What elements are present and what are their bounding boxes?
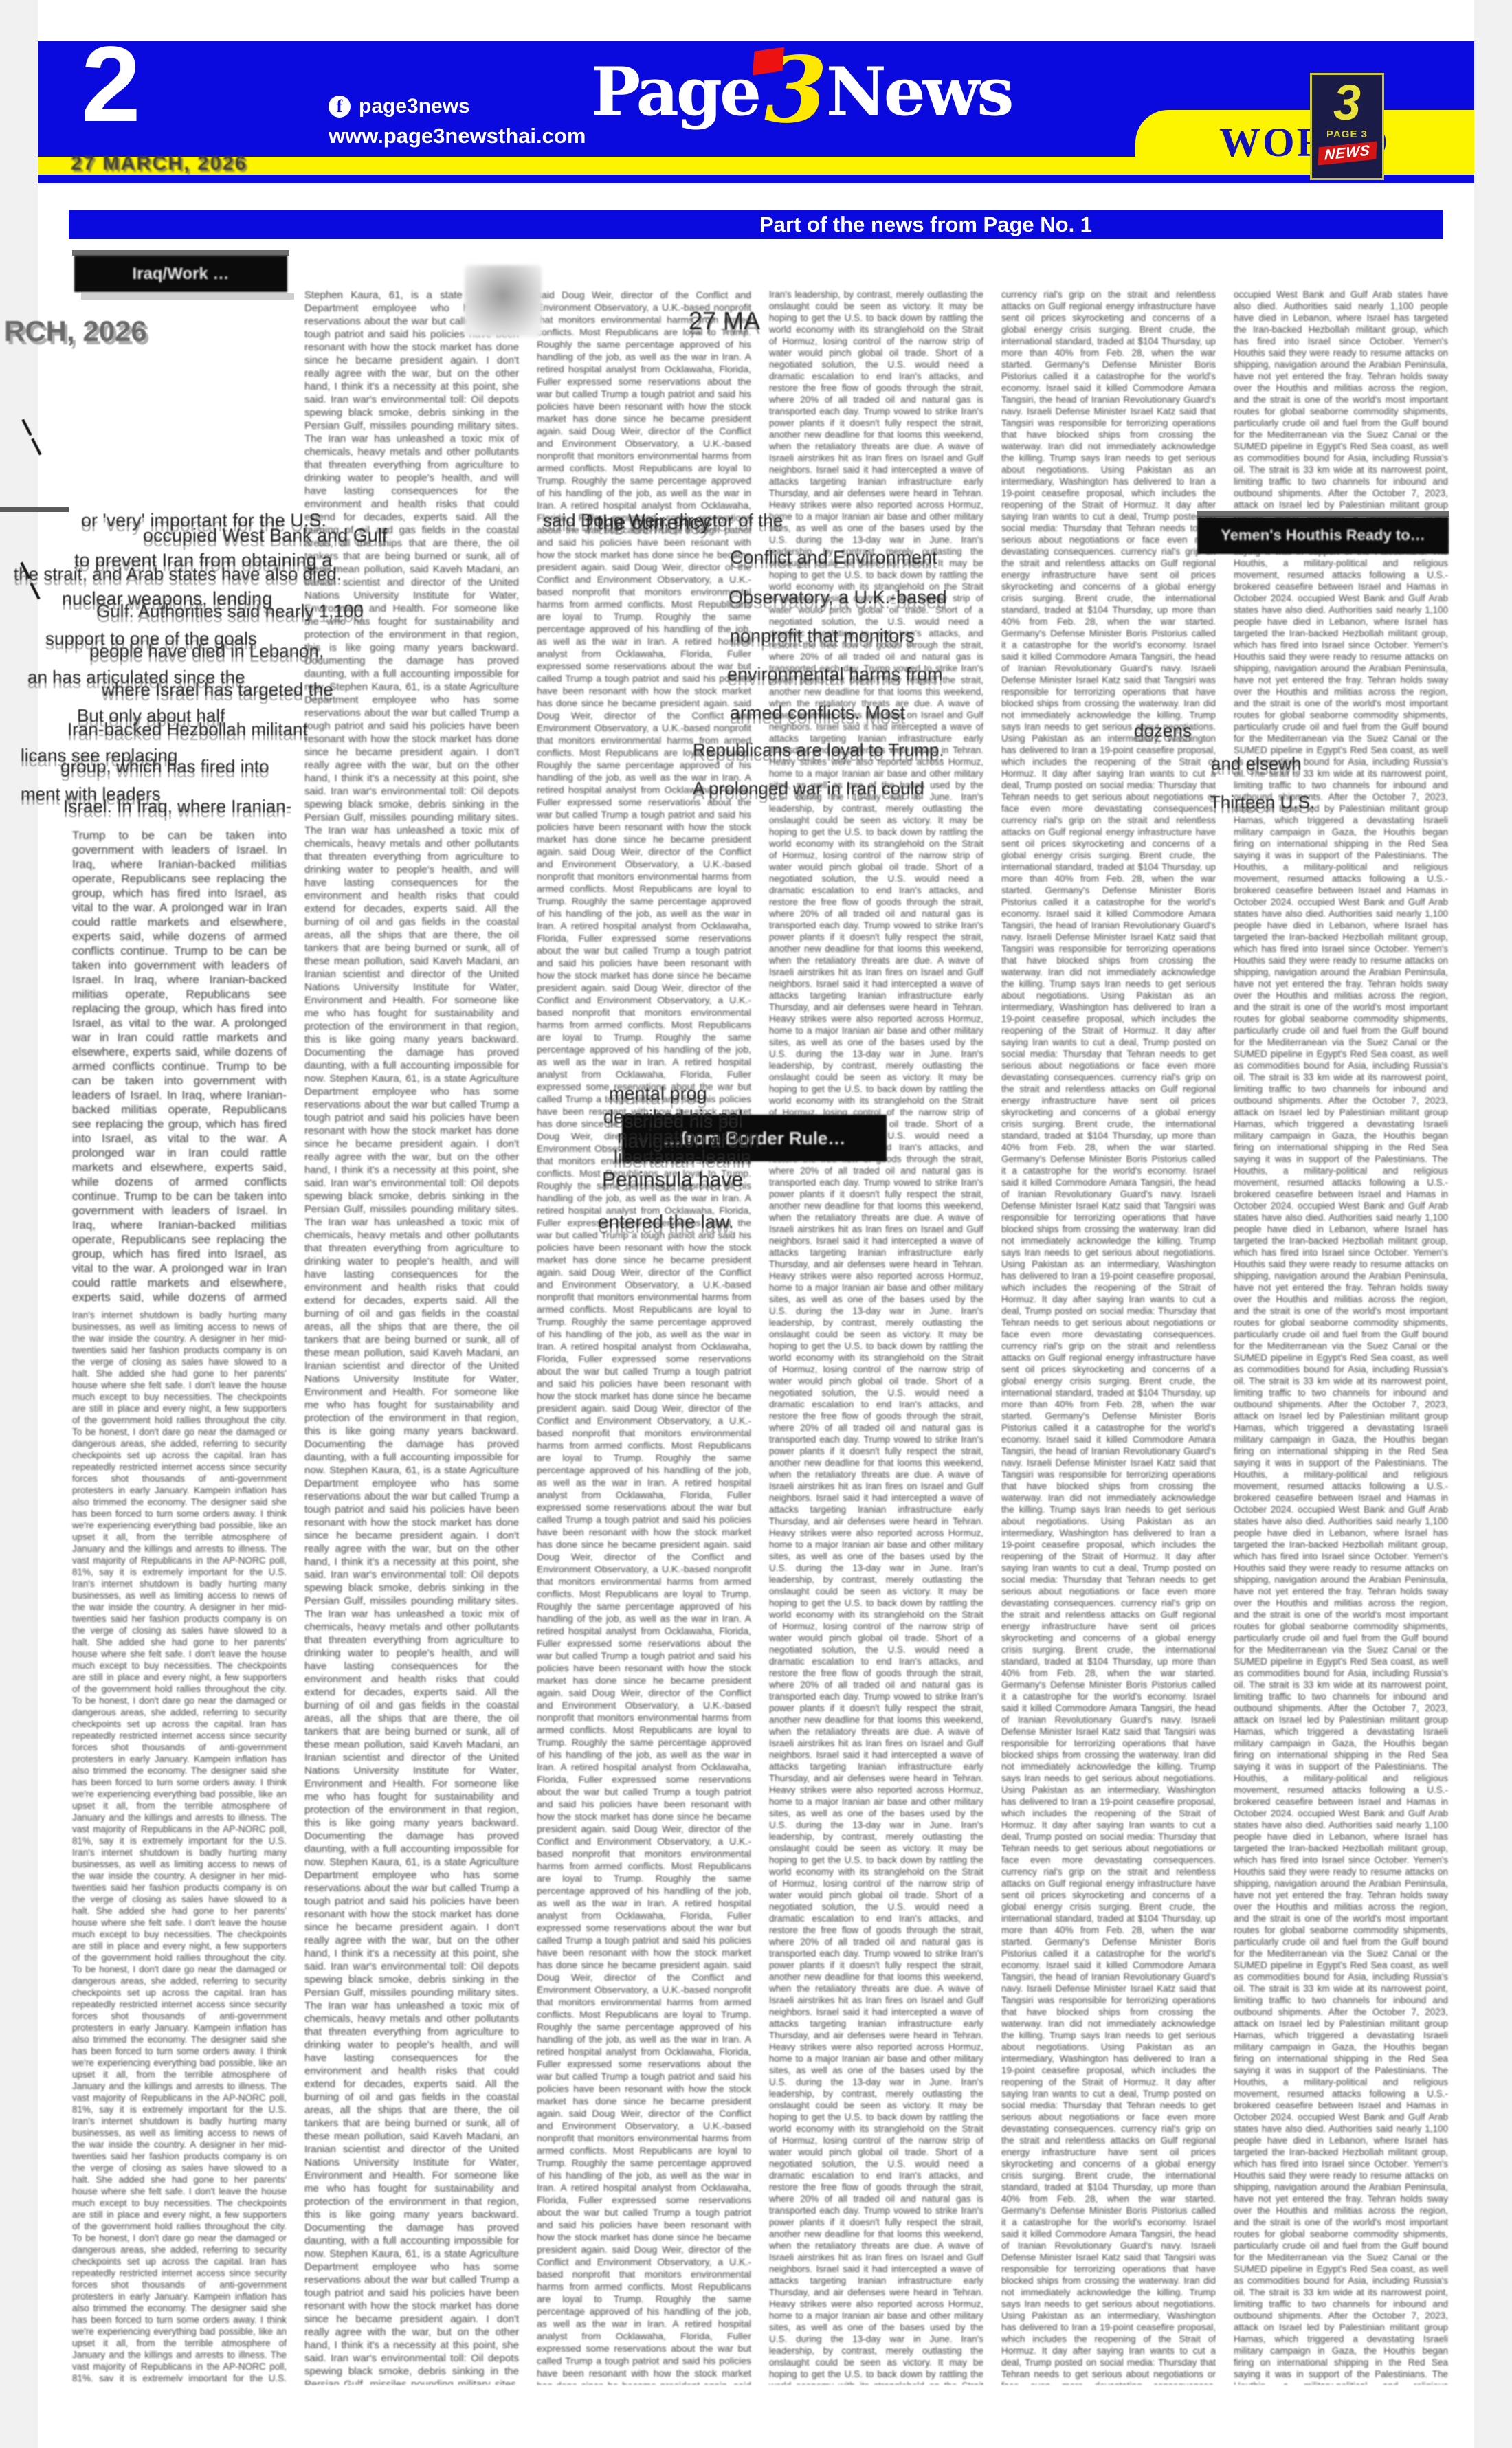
news-column-5: currency rial's grip on the strait and r… [1001, 289, 1216, 2385]
social-block: f page3news www.page3newsthai.com [329, 95, 586, 148]
masthead-logo: Page 3 News [591, 48, 1011, 133]
news-column-3: said Doug Weir, director of the Conflict… [537, 289, 751, 2385]
left-margin-band [0, 0, 38, 2448]
date-text: 27 MARCH, 2026 [71, 153, 247, 175]
page-number: 2 [81, 33, 138, 136]
headline-box-1-underline [81, 293, 294, 300]
news-column-2: Stephen Kaura, 61, is a state Agricultur… [304, 289, 519, 2385]
headline-box-1-topbar [72, 250, 289, 256]
facebook-icon: f [329, 96, 351, 118]
headline-box-1: Iraq/Work … [74, 256, 287, 292]
continuation-banner-text: Part of the news from Page No. 1 [759, 212, 1092, 237]
headline-box-3-text: Yemen's Houthis Ready to… [1221, 526, 1425, 544]
badge-digit-3: 3 [1333, 78, 1361, 129]
continuation-banner: Part of the news from Page No. 1 [69, 210, 1443, 239]
masthead-red-notch [753, 47, 784, 76]
glitch-photo [465, 265, 542, 337]
news-column-1-mid: Trump to be can be taken into government… [72, 828, 287, 1302]
news-column-6: occupied West Bank and Gulf Arab states … [1234, 289, 1448, 2385]
headline-box-1-text: Iraq/Work … [133, 265, 230, 284]
right-margin-band [1474, 0, 1512, 2448]
section-tab: WORLD [1135, 110, 1474, 175]
facebook-handle[interactable]: page3news [359, 95, 470, 118]
news-column-1: Iran's internet shutdown is badly hurtin… [72, 1309, 287, 2381]
masthead-word-page: Page [591, 51, 759, 133]
news-column-4: Iran's leadership, by contrast, merely o… [769, 289, 983, 2385]
site-url[interactable]: www.page3newsthai.com [329, 124, 586, 148]
newspaper-page: 2 f page3news www.page3newsthai.com Page… [0, 0, 1512, 2448]
badge-page3-label: PAGE 3 [1326, 129, 1368, 140]
headline-box-3-topbar [1197, 511, 1449, 517]
header-rule [38, 175, 1474, 183]
margin-rule [0, 507, 69, 512]
page3-badge: 3 PAGE 3 NEWS [1310, 73, 1384, 180]
masthead-word-news: News [826, 51, 1012, 133]
headline-box-2: …from Border Rule… [622, 1115, 887, 1161]
headline-box-3: Yemen's Houthis Ready to… [1197, 517, 1449, 554]
headline-box-2-text: …from Border Rule… [663, 1128, 846, 1149]
badge-news-label: NEWS [1318, 141, 1376, 165]
